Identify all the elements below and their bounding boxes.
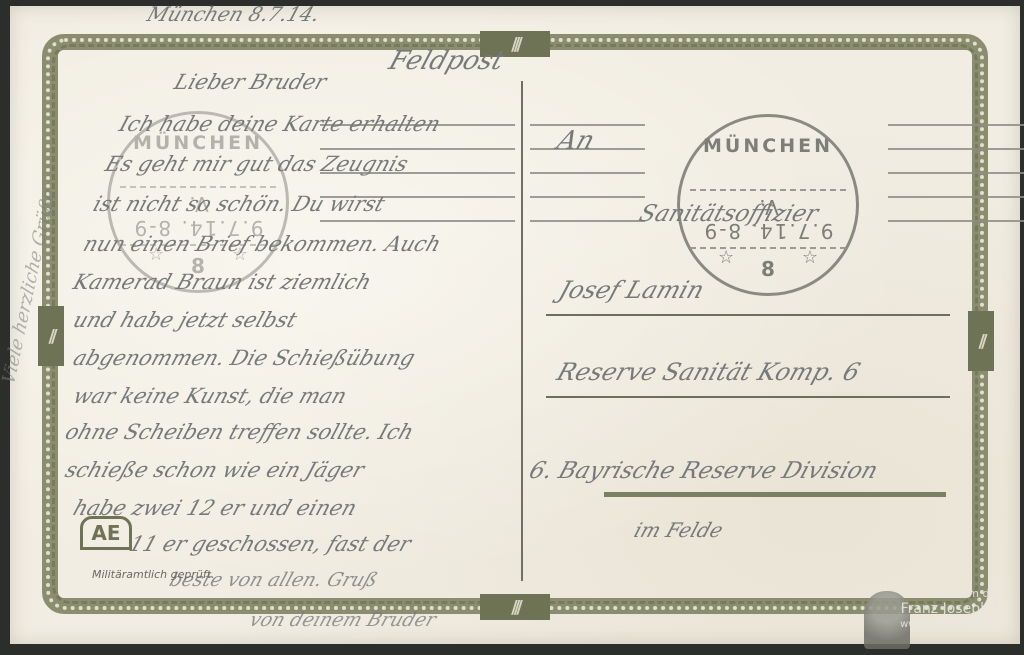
message-line: Kamerad Braun ist ziemlich — [68, 264, 376, 301]
message-line: und habe jetzt selbst — [68, 302, 302, 339]
watermark-line: www.franz-joseph.at — [900, 619, 1002, 630]
message-line: abgenommen. Die Schießübung — [68, 340, 420, 377]
museum-watermark: Museum des Franz Joseph I. www.franz-jos… — [856, 583, 1020, 649]
center-divider-line — [521, 81, 523, 581]
publisher-logo: AE — [80, 516, 132, 550]
header-handwriting: München 8.7.14. — [144, 2, 323, 26]
border-ornament-left: // — [38, 306, 64, 366]
address-line-unit: Reserve Sanität Komp. 6 — [553, 358, 863, 386]
message-line: ist nicht so schön. Du wirst — [88, 186, 390, 223]
border-ornament-bottom: /// — [480, 594, 550, 620]
message-line: Es geht mir gut das Zeugnis — [100, 146, 413, 183]
cancellation-lines-right — [888, 124, 1024, 244]
watermark-line: Franz Joseph I. — [901, 601, 1002, 617]
address-line-division: 6. Bayrische Reserve Division — [526, 458, 881, 484]
message-line: nun einen Brief bekommen. Auch — [78, 226, 446, 263]
postmark-city: MÜNCHEN — [680, 135, 856, 157]
address-line-title: Sanitätsoffizier — [636, 201, 822, 227]
address-line-field: im Felde — [631, 518, 726, 542]
message-line: Ich habe deine Karte erhalten — [114, 106, 446, 143]
address-line-name: Josef Lamin — [555, 276, 707, 304]
postcard: /// /// // // München 8.7.14. Feldpost V… — [10, 6, 1020, 644]
address-rule — [604, 492, 946, 497]
censorship-note: Militäramtlich geprüft. — [92, 568, 215, 581]
message-line: war keine Kunst, die man — [68, 378, 352, 415]
address-rule — [546, 314, 950, 316]
message-line: schieße schon wie ein Jäger — [60, 452, 369, 489]
message-line: Lieber Bruder — [169, 64, 332, 101]
message-line: ohne Scheiben treffen sollte. Ich — [60, 414, 419, 451]
watermark-line: Museum des — [932, 587, 1002, 600]
address-rule — [546, 396, 950, 398]
border-ornament-right: // — [968, 311, 994, 371]
message-line: von deinem Bruder — [244, 602, 441, 639]
message-line: 11 er geschossen, fast der — [124, 526, 416, 563]
top-right-handwriting: Feldpost — [385, 46, 508, 76]
